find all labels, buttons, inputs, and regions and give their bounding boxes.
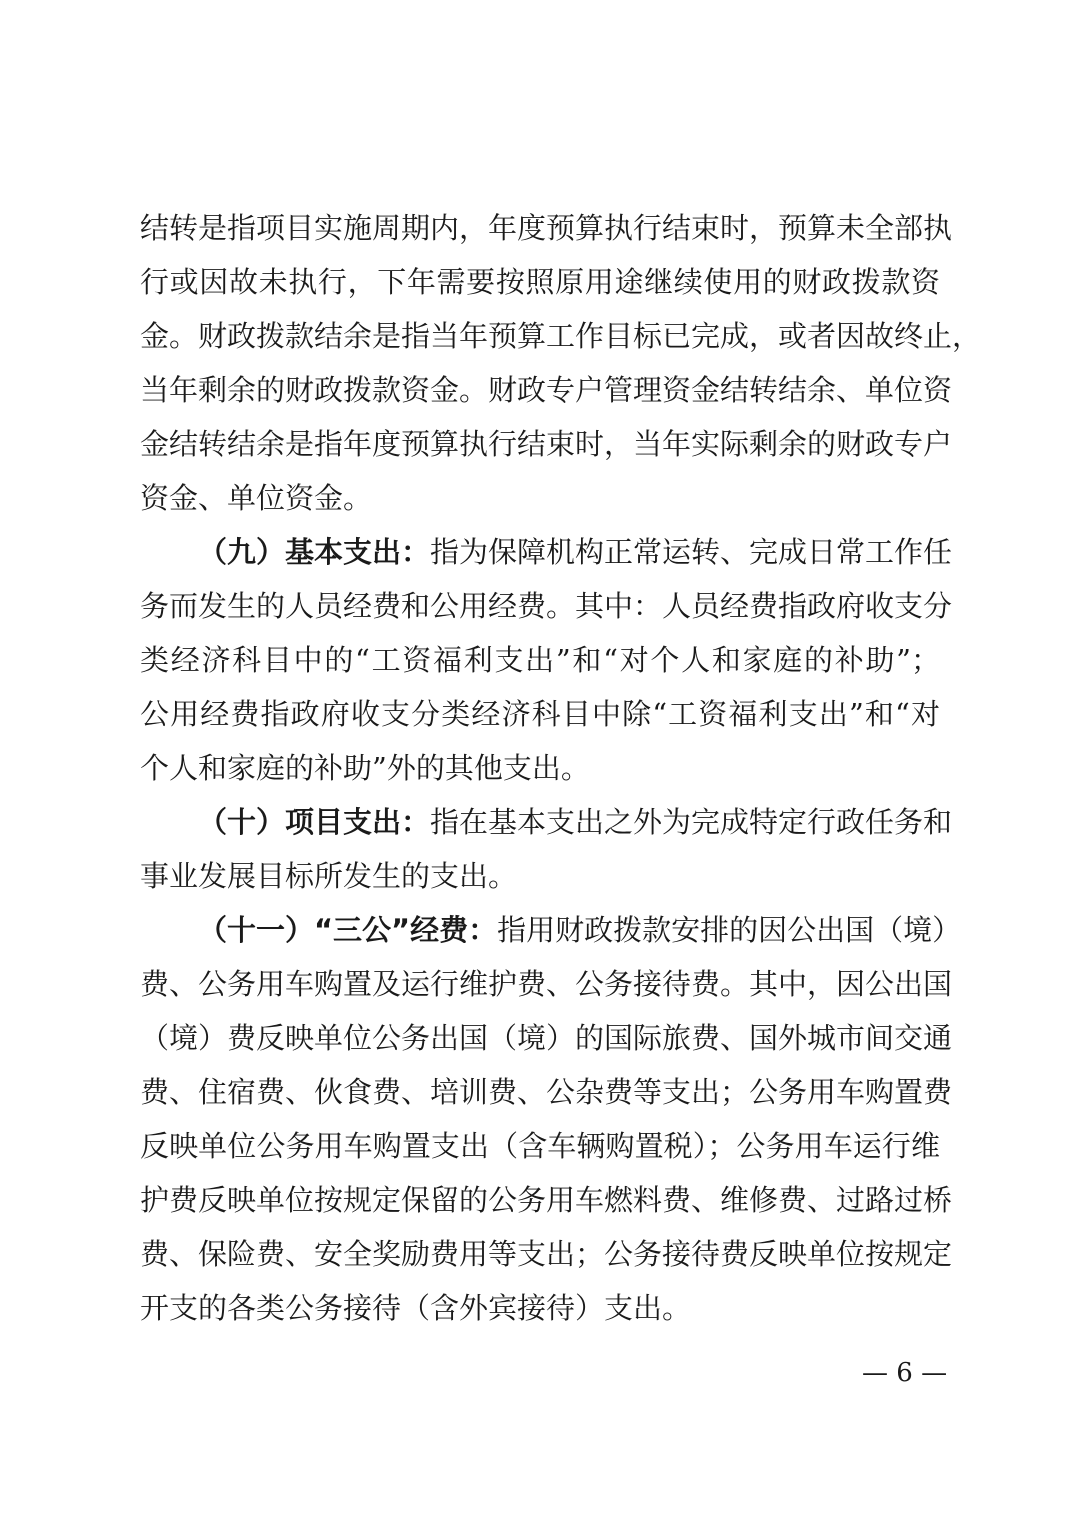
paragraph-line: 资金、单位资金。	[140, 480, 940, 516]
section-11-term: （十一）“三公”经费：	[198, 913, 497, 947]
document-page: 结转是指项目实施周期内，年度预算执行结束时，预算未全部执 行或因故未执行，下年需…	[0, 0, 1074, 1520]
section-11-first-line: （十一）“三公”经费：指用财政拨款安排的因公出国（境）	[140, 912, 940, 948]
paragraph-line: 事业发展目标所发生的支出。	[140, 858, 940, 894]
paragraph-line: 结转是指项目实施周期内，年度预算执行结束时，预算未全部执	[140, 210, 940, 246]
paragraph-line: 行或因故未执行，下年需要按照原用途继续使用的财政拨款资	[140, 264, 940, 300]
paragraph-line: 费、公务用车购置及运行维护费、公务接待费。其中，因公出国	[140, 966, 940, 1002]
paragraph-line: 金。财政拨款结余是指当年预算工作目标已完成，或者因故终止，	[140, 318, 940, 354]
paragraph-line: 费、住宿费、伙食费、培训费、公杂费等支出；公务用车购置费	[140, 1074, 940, 1110]
paragraph-line: 公用经费指政府收支分类经济科目中除“工资福利支出”和“对	[140, 696, 940, 732]
section-9-term: （九）基本支出：	[198, 535, 430, 569]
paragraph-line: （境）费反映单位公务出国（境）的国际旅费、国外城市间交通	[140, 1020, 940, 1056]
paragraph-line: 反映单位公务用车购置支出（含车辆购置税）；公务用车运行维	[140, 1128, 940, 1164]
paragraph-line: 类经济科目中的“工资福利支出”和“对个人和家庭的补助”；	[140, 642, 940, 678]
paragraph-line: 开支的各类公务接待（含外宾接待）支出。	[140, 1290, 940, 1326]
page-number: — 6 —	[862, 1357, 947, 1389]
paragraph-line: 护费反映单位按规定保留的公务用车燃料费、维修费、过路过桥	[140, 1182, 940, 1218]
paragraph-line: 金结转结余是指年度预算执行结束时，当年实际剩余的财政专户	[140, 426, 940, 462]
section-9-text: 指为保障机构正常运转、完成日常工作任	[430, 535, 952, 569]
section-9-first-line: （九）基本支出：指为保障机构正常运转、完成日常工作任	[140, 534, 940, 570]
section-11-text: 指用财政拨款安排的因公出国（境）	[497, 913, 961, 947]
section-10-term: （十）项目支出：	[198, 805, 430, 839]
paragraph-line: 当年剩余的财政拨款资金。财政专户管理资金结转结余、单位资	[140, 372, 940, 408]
section-10-first-line: （十）项目支出：指在基本支出之外为完成特定行政任务和	[140, 804, 940, 840]
paragraph-line: 个人和家庭的补助”外的其他支出。	[140, 750, 940, 786]
paragraph-line: 费、保险费、安全奖励费用等支出；公务接待费反映单位按规定	[140, 1236, 940, 1272]
paragraph-line: 务而发生的人员经费和公用经费。其中：人员经费指政府收支分	[140, 588, 940, 624]
section-10-text: 指在基本支出之外为完成特定行政任务和	[430, 805, 952, 839]
